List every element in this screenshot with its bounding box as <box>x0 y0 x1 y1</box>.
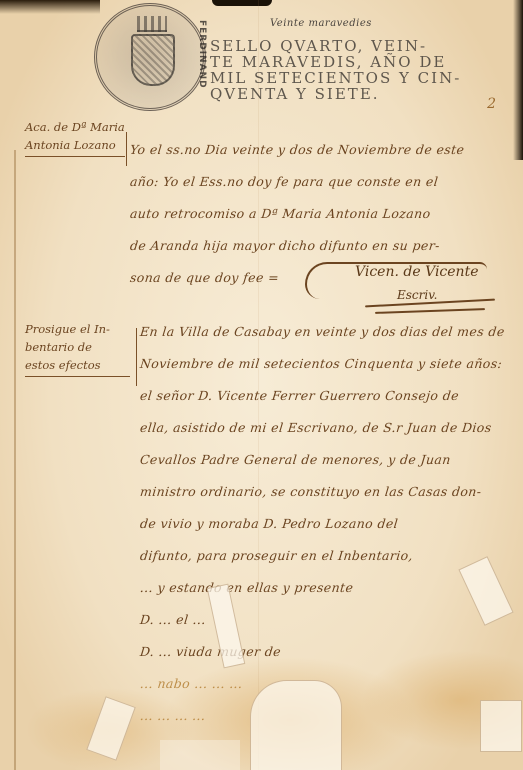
header-line: SELLO QVARTO, VEIN- <box>210 38 510 54</box>
stamped-paper-header: Veinte maravedies SELLO QVARTO, VEIN- TE… <box>210 38 510 102</box>
manuscript-line: de vivio y moraba D. Pedro Lozano del <box>138 508 523 540</box>
manuscript-line: D. ... viuda muger de <box>138 636 523 668</box>
coat-of-arms-icon <box>131 34 175 86</box>
margin-underline <box>25 156 125 157</box>
margin-bracket <box>136 328 137 386</box>
manuscript-line: Noviembre de mil setecientos Cinquenta y… <box>138 348 523 380</box>
margin-note-line: bentario de <box>25 338 130 356</box>
margin-note-line: estos efectos <box>25 356 130 374</box>
margin-bracket <box>126 132 127 166</box>
margin-note-line: Prosigue el In- <box>25 320 130 338</box>
manuscript-line: Cevallos Padre General de menores, y de … <box>138 444 523 476</box>
margin-note-2: Prosigue el In- bentario de estos efecto… <box>25 320 130 377</box>
manuscript-line: D. ... el ... <box>138 604 523 636</box>
folio-number: 2 <box>487 96 496 112</box>
stamp-legend: FERDINAND <box>197 20 207 89</box>
margin-note-line: Antonia Lozano <box>25 136 125 154</box>
signature-title: Escriv. <box>397 288 437 302</box>
margin-note-line: Aca. de Dª Maria <box>25 118 125 136</box>
scan-shadow-top-left <box>0 0 100 14</box>
manuscript-page: FERDINAND Veinte maravedies SELLO QVARTO… <box>0 0 523 770</box>
header-line: MIL SETECIENTOS Y CIN- <box>210 70 510 86</box>
paper-tear <box>480 700 522 752</box>
manuscript-line: el señor D. Vicente Ferrer Guerrero Cons… <box>138 380 523 412</box>
crown-icon <box>137 16 167 32</box>
margin-note-1: Aca. de Dª Maria Antonia Lozano <box>25 118 125 157</box>
manuscript-line: año: Yo el Ess.no doy fe para que conste… <box>128 166 516 198</box>
stamp-value: Veinte maravedies <box>270 18 372 29</box>
scan-shadow-top-mid <box>212 0 272 6</box>
manuscript-line: auto retrocomiso a Dª Maria Antonia Loza… <box>128 198 516 230</box>
manuscript-line: En la Villa de Casabay en veinte y dos d… <box>138 316 523 348</box>
manuscript-line: ministro ordinario, se constituyo en las… <box>138 476 523 508</box>
paper-tear <box>250 680 342 770</box>
royal-seal-stamp: FERDINAND <box>94 3 206 111</box>
manuscript-line: Yo el ss.no Dia veinte y dos de Noviembr… <box>128 134 516 166</box>
binding-fold-line <box>14 150 16 770</box>
header-line: TE MARAVEDIS, AÑO DE <box>210 54 510 70</box>
worn-paper-area <box>160 740 240 770</box>
header-line: QVENTA Y SIETE. <box>210 86 510 102</box>
signature-rubric <box>375 308 485 313</box>
entry-2-text: En la Villa de Casabay en veinte y dos d… <box>140 316 523 732</box>
margin-underline <box>25 376 130 377</box>
notary-signature: Vicen. de Vicente Escriv. <box>305 252 495 322</box>
paper-tear <box>86 696 136 761</box>
manuscript-line: ella, asistido de mi el Escrivano, de S.… <box>138 412 523 444</box>
signature-name: Vicen. de Vicente <box>355 264 478 280</box>
